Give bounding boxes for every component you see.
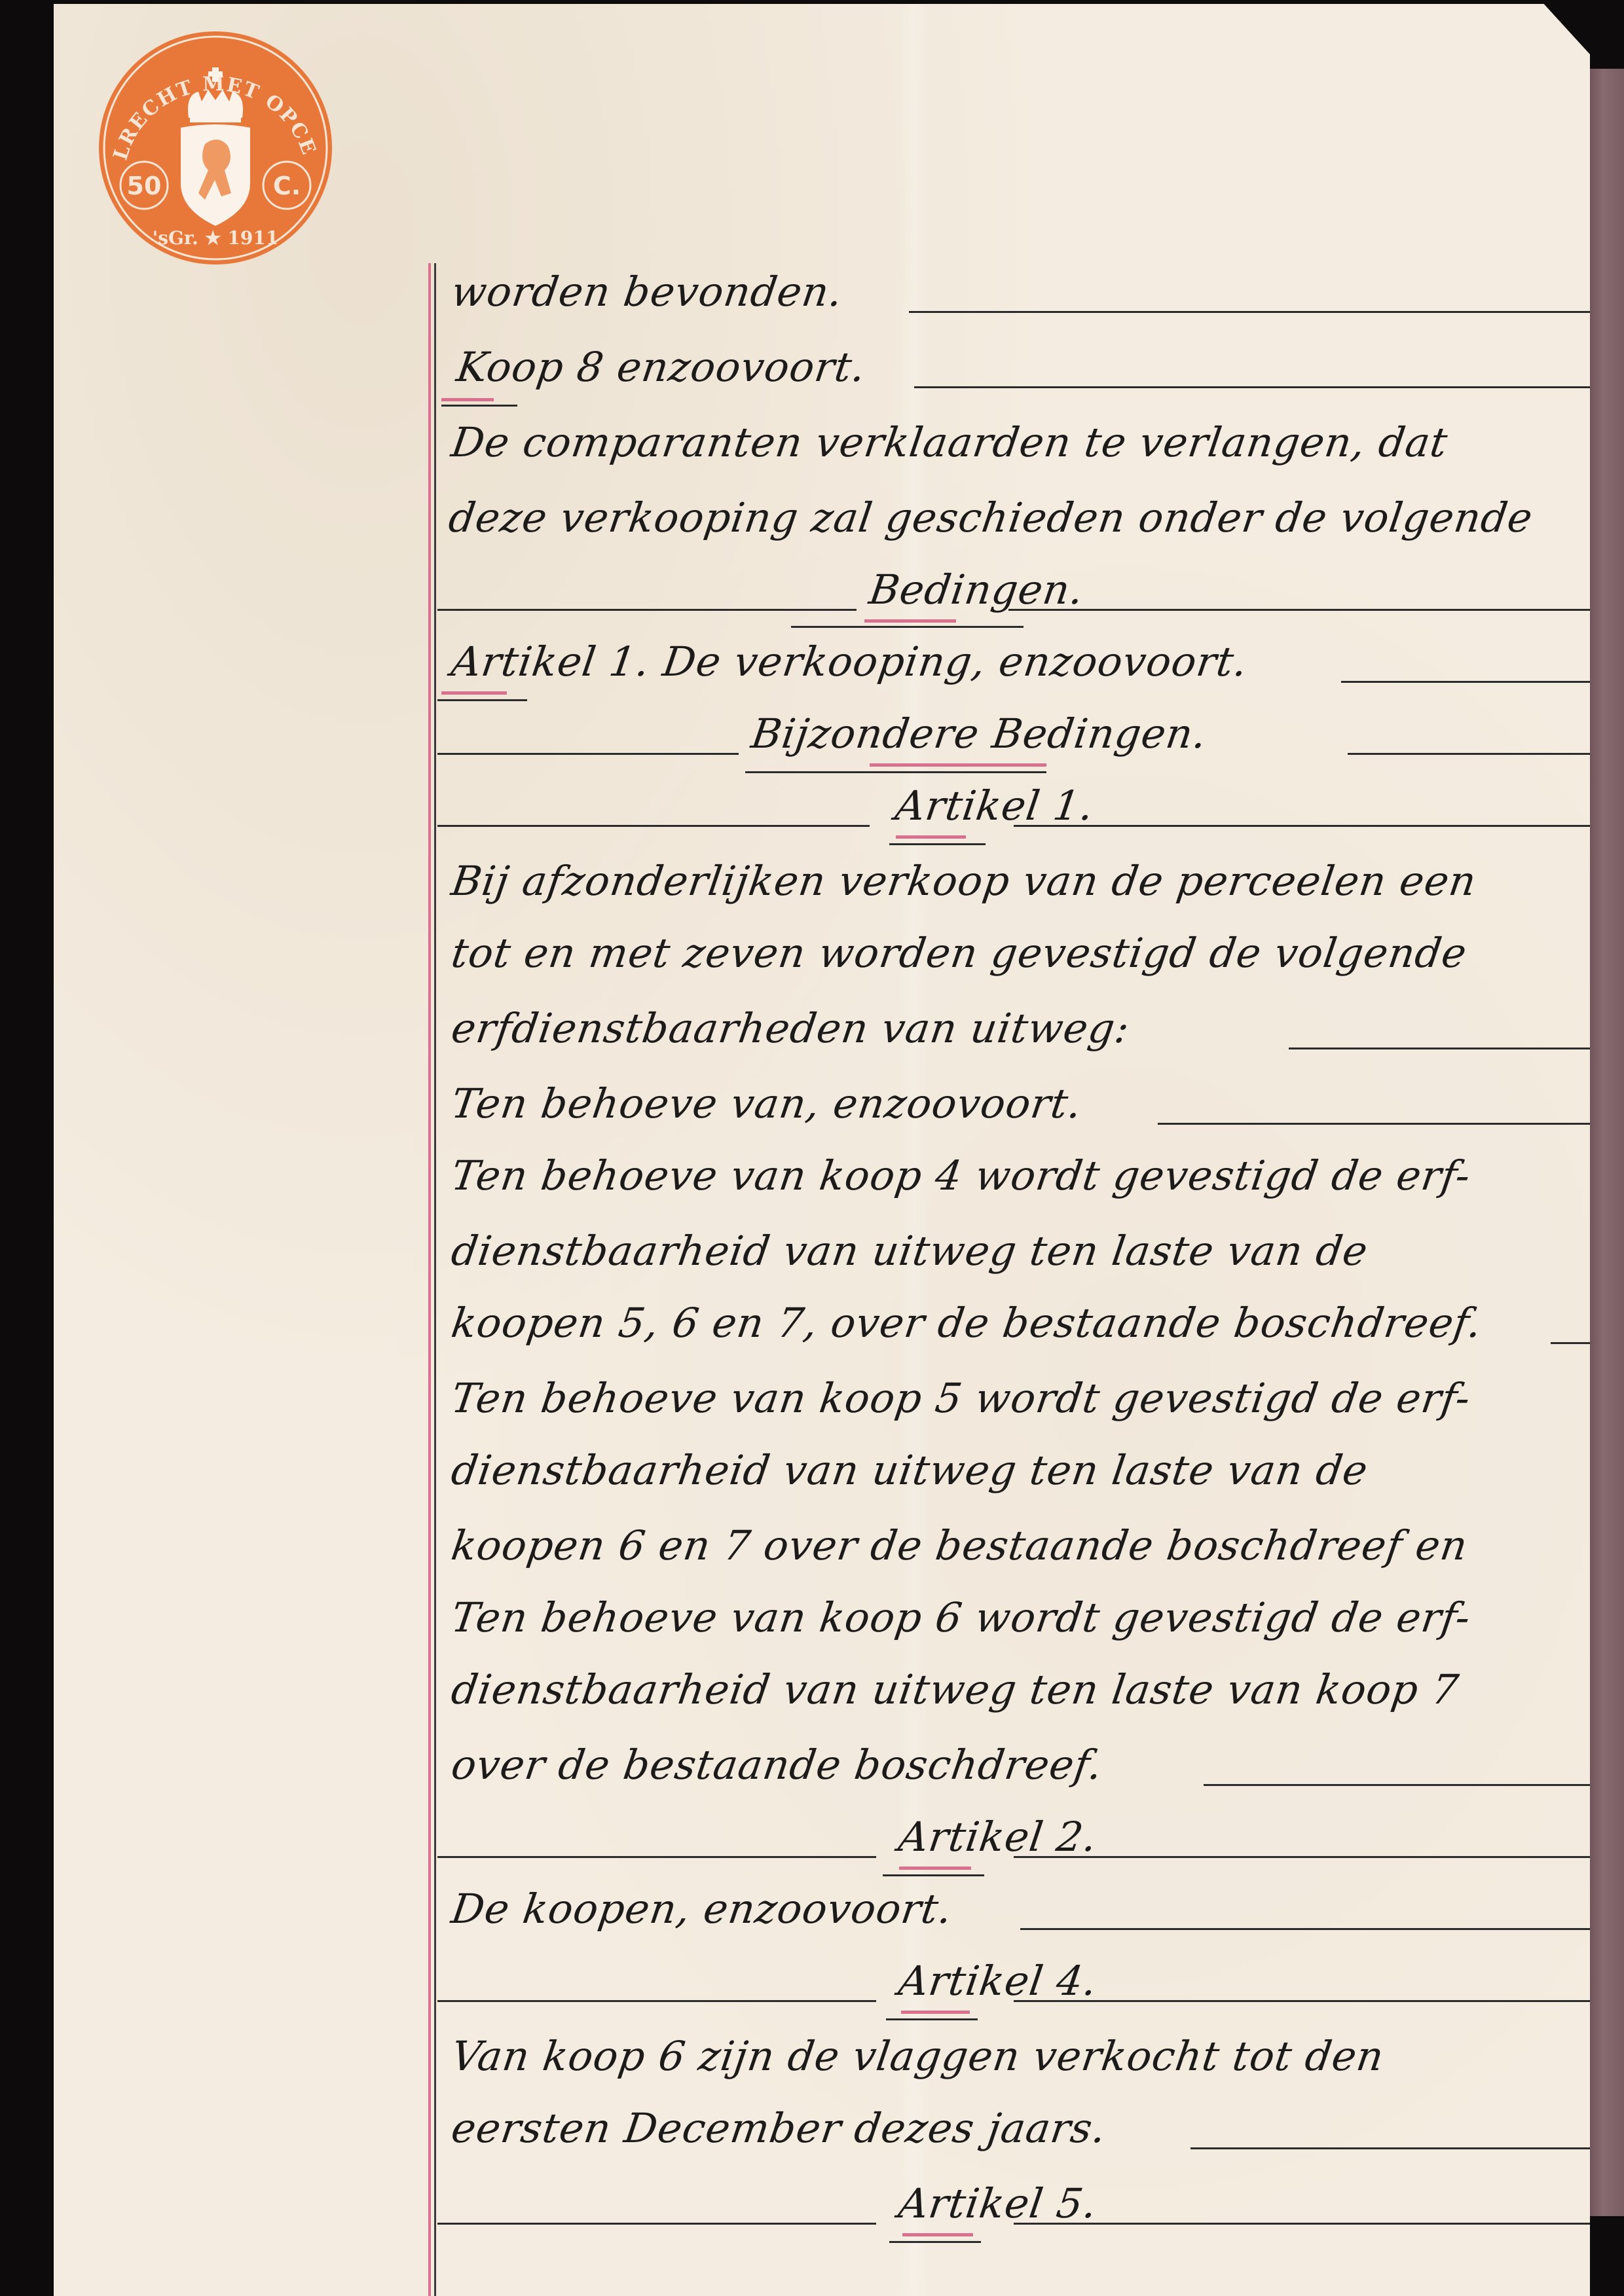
line-text: dienstbaarheid van uitweg ten laste van …: [449, 1666, 1462, 1713]
red-underline: [902, 2233, 973, 2236]
text-line: dienstbaarheid van uitweg ten laste van …: [437, 1653, 1590, 1725]
fill-rule: [1020, 1928, 1590, 1930]
heading-line: Bijzondere Bedingen.: [437, 697, 1590, 769]
fill-rule: [437, 2000, 876, 2002]
fill-rule: [1341, 681, 1590, 683]
text-line: Ten behoeve van, enzoovoort.: [437, 1067, 1590, 1139]
fill-rule: [437, 753, 739, 755]
fill-rule: [914, 386, 1590, 388]
fill-rule: [1289, 1048, 1590, 1049]
fill-rule: [909, 311, 1590, 313]
heading-artikel-2: Artikel 2.: [896, 1813, 1100, 1861]
text-line: De comparanten verklaarden te verlangen,…: [437, 406, 1590, 478]
fill-rule: [1551, 1342, 1590, 1344]
red-underline: [441, 691, 507, 695]
text-line: Ten behoeve van koop 4 wordt gevestigd d…: [437, 1139, 1590, 1211]
text-line: eersten December dezes jaars.: [437, 2092, 1590, 2164]
fill-rule: [1014, 1856, 1590, 1858]
line-text: De comparanten verklaarden te verlangen,…: [449, 418, 1451, 466]
heading-line: Artikel 2.: [437, 1800, 1590, 1872]
text-line: Bij afzonderlijken verkoop van de percee…: [437, 845, 1590, 917]
line-text: Ten behoeve van, enzoovoort.: [449, 1080, 1085, 1127]
text-line: koopen 5, 6 en 7, over de bestaande bosc…: [437, 1286, 1590, 1358]
line-text: tot en met zeven worden gevestigd de vol…: [449, 929, 1470, 977]
line-text: dienstbaarheid van uitweg ten laste van …: [449, 1446, 1371, 1494]
heading-line: Artikel 1.: [437, 769, 1590, 841]
fill-rule: [1008, 609, 1590, 611]
heading-artikel-4: Artikel 4.: [896, 1957, 1100, 2005]
text-line: De koopen, enzoovoort.: [437, 1872, 1590, 1944]
line-text: Koop 8 enzoovoort.: [454, 343, 869, 391]
text-line: erfdienstbaarheden van uitweg:: [437, 992, 1590, 1064]
heading-bedingen: Bedingen.: [866, 566, 1087, 613]
line-text: Ten behoeve van koop 4 wordt gevestigd d…: [449, 1152, 1473, 1199]
heading-line: Artikel 4.: [437, 1944, 1590, 2016]
black-underline: [889, 2241, 981, 2243]
margin-line-red: [428, 263, 431, 2296]
fill-rule: [1014, 2223, 1590, 2225]
text-line: dienstbaarheid van uitweg ten laste van …: [437, 1214, 1590, 1286]
text-line: tot en met zeven worden gevestigd de vol…: [437, 917, 1590, 989]
text-line: Koop 8 enzoovoort.: [437, 331, 1590, 403]
line-text: deze verkooping zal geschieden onder de …: [446, 494, 1536, 541]
red-underline: [896, 835, 966, 839]
line-text: De koopen, enzoovoort.: [449, 1885, 955, 1933]
fill-rule: [1158, 1123, 1590, 1125]
line-text: Artikel 1. De verkooping, enzoovoort.: [449, 638, 1251, 685]
fill-rule: [1190, 2147, 1590, 2149]
fill-rule: [1204, 1784, 1590, 1786]
fill-rule: [437, 1856, 876, 1858]
heading-artikel-5: Artikel 5.: [896, 2179, 1100, 2227]
red-underline: [870, 763, 1046, 767]
text-line: koopen 6 en 7 over de bestaande boschdre…: [437, 1509, 1590, 1581]
heading-line: Bedingen.: [437, 553, 1590, 625]
red-underline: [441, 398, 494, 401]
stamp-unit: C.: [273, 172, 301, 200]
stamp-year-text: 'sGr. ★ 1911: [153, 227, 279, 249]
fill-rule: [1348, 753, 1590, 755]
text-line: worden bevonden.: [437, 255, 1590, 327]
line-text: dienstbaarheid van uitweg ten laste van …: [449, 1227, 1371, 1275]
text-line: Artikel 1. De verkooping, enzoovoort.: [437, 625, 1590, 697]
line-text: erfdienstbaarheden van uitweg:: [449, 1004, 1133, 1052]
margin-line-black: [434, 263, 436, 2296]
text-line: Van koop 6 zijn de vlaggen verkocht tot …: [437, 2020, 1590, 2092]
text-line: Ten behoeve van koop 6 wordt gevestigd d…: [437, 1581, 1590, 1653]
line-text: worden bevonden.: [449, 268, 846, 316]
heading-artikel-1: Artikel 1.: [893, 782, 1097, 829]
line-text: Ten behoeve van koop 5 wordt gevestigd d…: [449, 1374, 1473, 1422]
line-text: Bij afzonderlijken verkoop van de percee…: [449, 857, 1480, 905]
fill-rule: [1014, 825, 1590, 827]
fill-rule: [1014, 2000, 1590, 2002]
fill-rule: [437, 2223, 876, 2225]
fill-rule: [437, 609, 857, 611]
stamp-value: 50: [127, 172, 162, 200]
text-line: deze verkooping zal geschieden onder de …: [437, 481, 1590, 553]
text-line: over de bestaande boschdreef.: [437, 1728, 1590, 1800]
line-text: koopen 6 en 7 over de bestaande boschdre…: [449, 1522, 1471, 1569]
line-text: over de bestaande boschdreef.: [449, 1741, 1105, 1789]
revenue-stamp: ZEGELRECHT MET OPCENTEN 50 C. 'sGr. ★ 19…: [97, 29, 334, 266]
fill-rule: [437, 825, 870, 827]
line-text: koopen 5, 6 en 7, over de bestaande bosc…: [449, 1299, 1485, 1347]
line-text: eersten December dezes jaars.: [449, 2104, 1109, 2152]
heading-line: Artikel 5.: [437, 2167, 1590, 2239]
line-text: Ten behoeve van koop 6 wordt gevestigd d…: [449, 1594, 1473, 1641]
red-underline: [864, 619, 956, 623]
line-text: Van koop 6 zijn de vlaggen verkocht tot …: [449, 2032, 1387, 2080]
binding-strip: [1589, 69, 1624, 2216]
text-line: dienstbaarheid van uitweg ten laste van …: [437, 1434, 1590, 1506]
text-line: Ten behoeve van koop 5 wordt gevestigd d…: [437, 1362, 1590, 1434]
red-underline: [899, 1867, 971, 1870]
heading-bijzondere-bedingen: Bijzondere Bedingen.: [748, 710, 1210, 757]
red-underline: [901, 2011, 970, 2014]
